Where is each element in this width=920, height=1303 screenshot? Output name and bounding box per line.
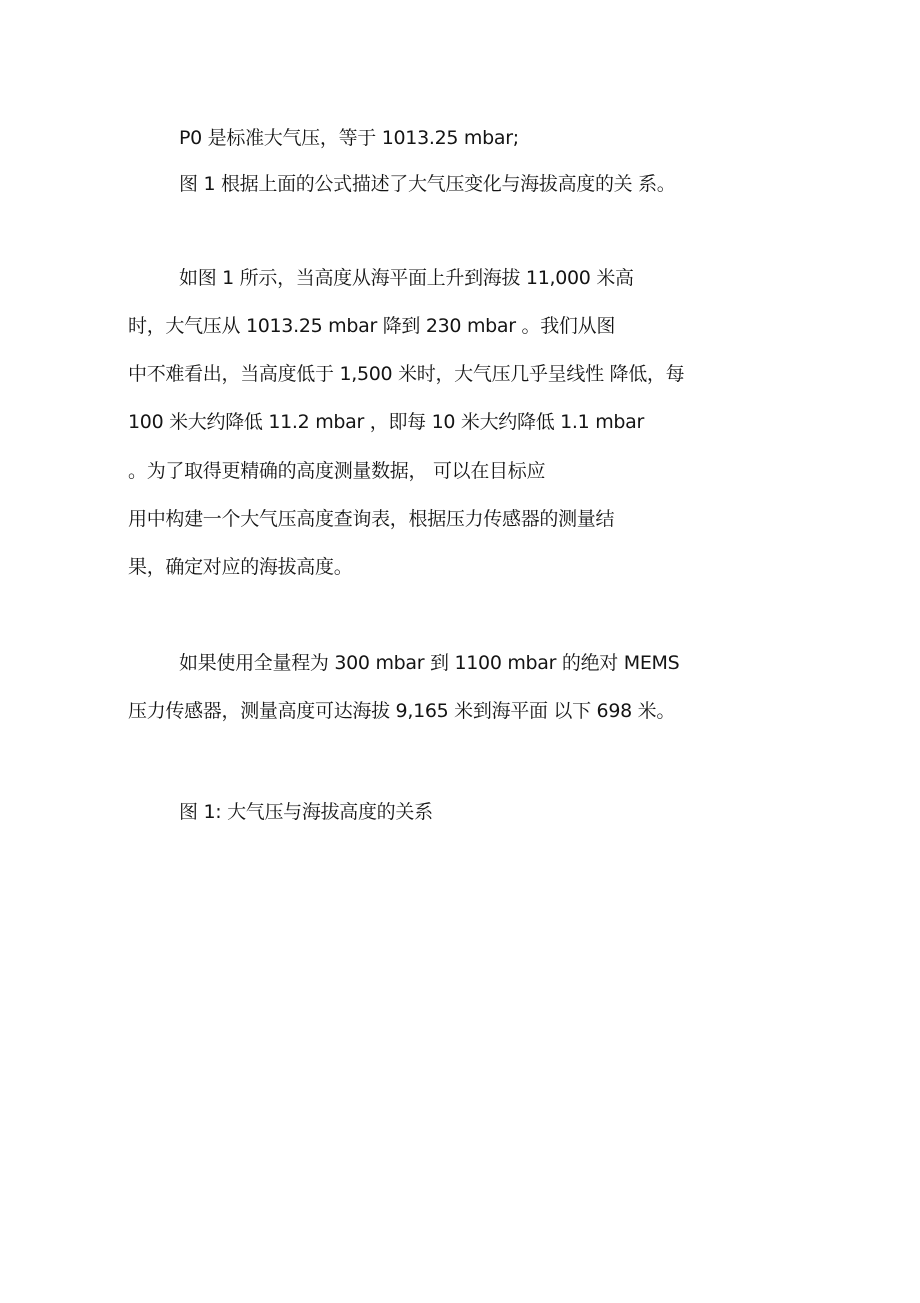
paragraph-line: 。为了取得更精确的高度测量数据， 可以在目标应 <box>128 459 545 483</box>
document-page: P0 是标准大气压，等于 1013.25 mbar; 图 1 根据上面的公式描述… <box>0 0 920 1303</box>
paragraph-line: 如图 1 所示，当高度从海平面上升到海拔 11,000 米高 <box>179 266 634 290</box>
paragraph-line: 100 米大约降低 11.2 mbar ，即每 10 米大约降低 1.1 mba… <box>128 410 644 434</box>
paragraph-line: 时，大气压从 1013.25 mbar 降到 230 mbar 。我们从图 <box>128 314 615 338</box>
figure-description-line: 图 1 根据上面的公式描述了大气压变化与海拔高度的关 系。 <box>179 172 676 196</box>
paragraph-line: 用中构建一个大气压高度查询表，根据压力传感器的测量结 <box>128 507 614 531</box>
paragraph-line: 压力传感器，测量高度可达海拔 9,165 米到海平面 以下 698 米。 <box>128 699 675 723</box>
figure-caption: 图 1: 大气压与海拔高度的关系 <box>179 800 433 824</box>
p0-definition-line: P0 是标准大气压，等于 1013.25 mbar; <box>179 126 519 150</box>
paragraph-line: 如果使用全量程为 300 mbar 到 1100 mbar 的绝对 MEMS <box>179 651 679 675</box>
paragraph-line: 中不难看出，当高度低于 1,500 米时，大气压几乎呈线性 降低，每 <box>128 362 684 386</box>
paragraph-line: 果，确定对应的海拔高度。 <box>128 555 352 579</box>
